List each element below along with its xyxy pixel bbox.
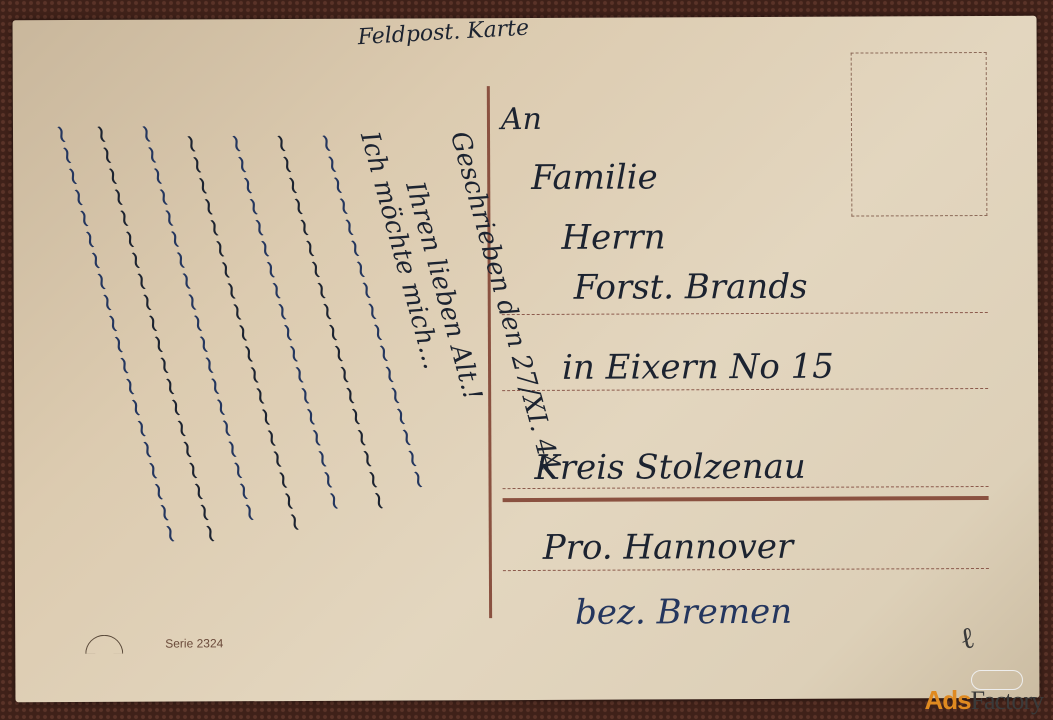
address-line-2: Familie <box>531 157 658 198</box>
address-line-4: Forst. Brands <box>574 267 808 308</box>
address-rule-1 <box>502 312 988 315</box>
watermark: AdsFactory <box>924 685 1043 716</box>
address-rule-2 <box>502 388 988 391</box>
address-line-1: An <box>501 102 542 137</box>
stamp-box <box>851 52 988 217</box>
divider-line <box>487 86 492 618</box>
address-line-8: bez. Bremen <box>575 592 792 633</box>
series-number: Serie 2324 <box>165 636 223 650</box>
address-rule-4 <box>503 568 989 571</box>
address-line-5: in Eixern No 15 <box>562 347 834 388</box>
address-rule-thick <box>503 496 989 502</box>
address-line-3: Herrn <box>561 217 665 257</box>
header-note: Feldpost. Karte <box>357 16 530 51</box>
pencil-mark: ℓ <box>957 620 977 657</box>
postcard: Feldpost. Karte An Familie Herrn Forst. … <box>13 16 1040 702</box>
address-line-6: Kreis Stolzenau <box>534 447 805 488</box>
address-line-7: Pro. Hannover <box>543 527 794 568</box>
message-area: Geschrieben den 27/XI. 44 Ihren lieben A… <box>43 88 486 690</box>
